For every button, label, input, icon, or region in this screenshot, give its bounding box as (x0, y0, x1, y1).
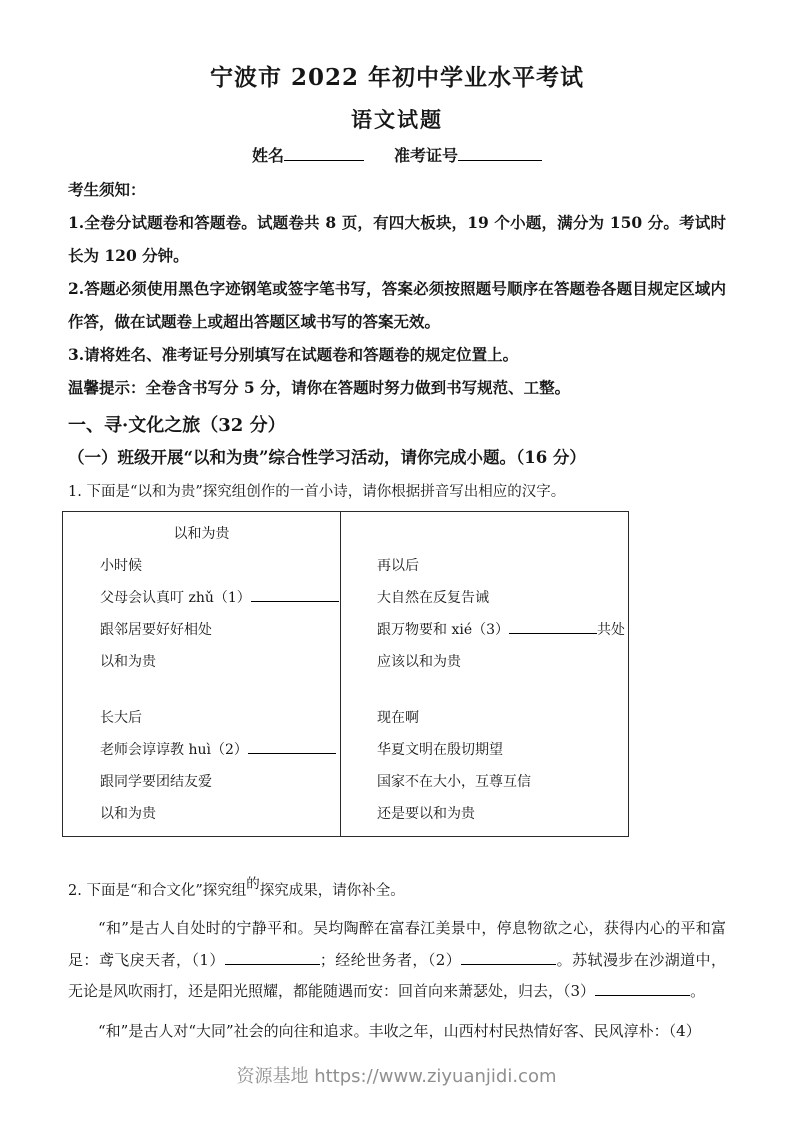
poem-line-text: 老师会谆谆教 huì（2） (100, 742, 248, 758)
poem-line: 老师会谆谆教 huì（2） (63, 734, 340, 766)
poem-line-text: 父母会认真叮 zhǔ（1） (100, 590, 251, 606)
poem-line-text: 跟万物要和 xié（3） (377, 622, 509, 638)
poem-line: 跟万物要和 xié（3）共处 (341, 614, 628, 646)
question1-prompt: 1. 下面是“以和为贵”探究组创作的一首小诗，请你根据拼音写出相应的汉字。 (68, 478, 726, 506)
candidate-info-line: 姓名准考证号 (68, 145, 726, 167)
poem-box: 以和为贵 小时候 父母会认真叮 zhǔ（1） 跟邻居要好好相处 以和为贵 长大后… (62, 511, 629, 837)
name-label: 姓名 (252, 146, 284, 165)
poem-line: 小时候 (63, 550, 340, 582)
notice-tip: 温馨提示：全卷含书写分 5 分，请你在答题时努力做到书写规范、工整。 (68, 371, 726, 404)
question2-prompt: 2. 下面是“和合文化”探究组的探究成果，请你补全。 (68, 877, 726, 905)
question2-prompt-text: 探究成果，请你补全。 (260, 883, 405, 899)
footer-link[interactable]: 资源基地 https://www.ziyuanjidi.com (236, 1066, 556, 1087)
poem-line: 还是要以和为贵 (341, 798, 628, 830)
question2-paragraph-1: “和”是古人自处时的宁静平和。吴均陶醉在富春江美景中，停息物欲之心，获得内心的平… (68, 913, 726, 1008)
poem-line: 跟邻居要好好相处 (63, 614, 340, 646)
poem-line: 再以后 (341, 550, 628, 582)
poem-line: 以和为贵 (63, 646, 340, 678)
poem-line-suffix: 共处 (597, 622, 625, 638)
notice-item-2: 2.答题必须使用黑色字迹钢笔或签字笔书写，答案必须按照题号顺序在答题卷各题目规定… (68, 272, 726, 338)
answer-blank-q2-2 (461, 949, 556, 965)
notice-heading: 考生须知： (68, 173, 726, 206)
poem-line: 现在啊 (341, 702, 628, 734)
poem-line: 长大后 (63, 702, 340, 734)
doc-subtitle: 语文试题 (68, 107, 726, 132)
superscript-de: 的 (246, 876, 260, 892)
answer-blank-1 (251, 588, 339, 602)
poem-title: 以和为贵 (63, 518, 340, 550)
poem-line: 以和为贵 (63, 798, 340, 830)
section-heading: 一、寻·文化之旅（32 分） (68, 411, 726, 441)
answer-blank-q2-1 (225, 949, 320, 965)
notice-item-1: 1.全卷分试题卷和答题卷。试题卷共 8 页，有四大板块，19 个小题，满分为 1… (68, 206, 726, 272)
poem-right-column: 再以后 大自然在反复告诫 跟万物要和 xié（3）共处 应该以和为贵 现在啊 华… (340, 512, 628, 836)
poem-line: 父母会认真叮 zhǔ（1） (63, 582, 340, 614)
poem-line: 跟同学要团结友爱 (63, 766, 340, 798)
answer-blank-2 (248, 740, 336, 754)
poem-left-column: 以和为贵 小时候 父母会认真叮 zhǔ（1） 跟邻居要好好相处 以和为贵 长大后… (63, 512, 340, 836)
poem-line: 应该以和为贵 (341, 646, 628, 678)
answer-blank-3 (509, 620, 597, 634)
name-blank (284, 145, 364, 161)
paragraph-text: ；经纶世务者，（2） (320, 951, 461, 969)
question2-paragraph-2: “和”是古人对“大同”社会的向往和追求。丰收之年，山西村村民热情好客、民风淳朴：… (68, 1016, 726, 1048)
answer-blank-q2-3 (595, 980, 690, 996)
poem-title-spacer (341, 518, 628, 550)
ticket-blank (458, 145, 542, 161)
question2-prompt-text: 2. 下面是“和合文化”探究组 (68, 883, 246, 899)
poem-line: 华夏文明在殷切期望 (341, 734, 628, 766)
doc-title: 宁波市 2022 年初中学业水平考试 (68, 64, 726, 91)
page-footer: 资源基地 https://www.ziyuanjidi.com (0, 1062, 793, 1088)
part-heading: （一）班级开展“以和为贵”综合性学习活动，请你完成小题。（16 分） (68, 443, 726, 473)
poem-line: 国家不在大小，互尊互信 (341, 766, 628, 798)
notice-item-3: 3.请将姓名、准考证号分别填写在试题卷和答题卷的规定位置上。 (68, 338, 726, 371)
ticket-label: 准考证号 (394, 146, 458, 165)
exam-paper-page: 宁波市 2022 年初中学业水平考试 语文试题 姓名准考证号 考生须知： 1.全… (0, 0, 793, 1122)
paragraph-text: 。 (690, 982, 705, 1000)
poem-line: 大自然在反复告诫 (341, 582, 628, 614)
notice-section: 考生须知： 1.全卷分试题卷和答题卷。试题卷共 8 页，有四大板块，19 个小题… (68, 173, 726, 404)
